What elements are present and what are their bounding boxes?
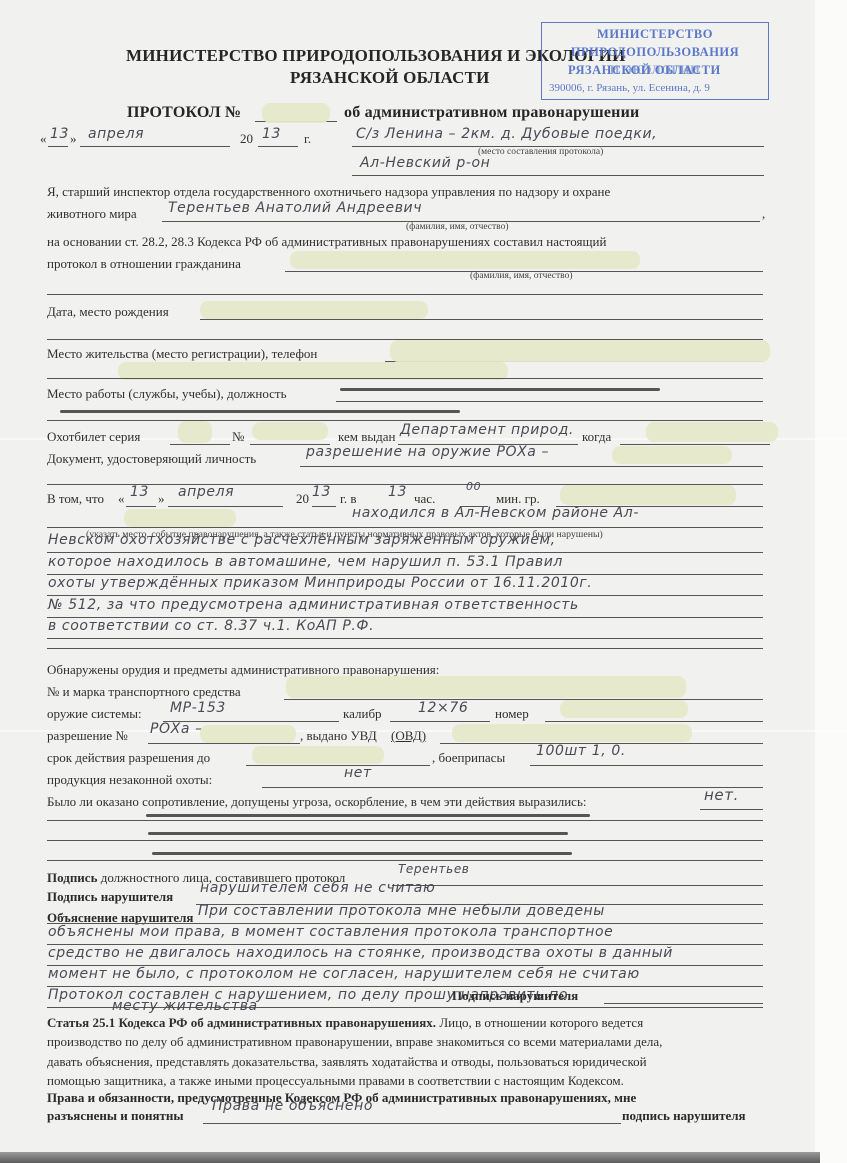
quote-close: » bbox=[70, 131, 77, 147]
quote-open: « bbox=[118, 491, 125, 507]
redacted-birth bbox=[200, 301, 428, 319]
rights-line2-prefix: разъяснены и понятны bbox=[47, 1108, 184, 1124]
violation-desc-line: которое находилось в автомашине, чем нар… bbox=[48, 554, 563, 570]
ammo-value: 100шт 1, 0. bbox=[536, 743, 626, 759]
weapon-number-label: номер bbox=[495, 706, 529, 722]
resistance-value: нет. bbox=[704, 786, 739, 804]
article-title: Статья 25.1 Кодекса РФ об административн… bbox=[47, 1015, 436, 1030]
violation-day: 13 bbox=[130, 484, 149, 500]
article-first-line: Статья 25.1 Кодекса РФ об административн… bbox=[47, 1013, 643, 1033]
id-doc-value: разрешение на оружие РОХа – bbox=[306, 444, 549, 460]
violator-signature-label: Подпись нарушителя bbox=[47, 889, 173, 905]
permit-label: разрешение № bbox=[47, 728, 128, 744]
protocol-year: 13 bbox=[262, 126, 281, 142]
redacted-residence bbox=[390, 340, 770, 362]
violation-desc-line: Невском охотхозяйстве с расчехлённым зар… bbox=[48, 532, 556, 548]
protocol-month: апреля bbox=[88, 126, 144, 142]
quote-close: » bbox=[158, 491, 165, 507]
residence-label: Место жительства (место регистрации), те… bbox=[47, 346, 317, 362]
officer-signature-label-bold: Подпись bbox=[47, 870, 97, 885]
inspector-name-caption: (фамилия, имя, отчество) bbox=[406, 222, 509, 232]
article-text-first: Лицо, в отношении которого ведется bbox=[439, 1015, 643, 1030]
caliber-value: 12×76 bbox=[418, 700, 468, 716]
strike-line bbox=[152, 852, 572, 855]
basis-line: на основании ст. 28.2, 28.3 Кодекса РФ о… bbox=[47, 234, 606, 250]
article-line: производство по делу об административном… bbox=[47, 1032, 662, 1052]
protocol-place-line1: С/з Ленина – 2км. д. Дубовые поедки, bbox=[356, 126, 657, 142]
issued-ovd: (ОВД) bbox=[391, 728, 426, 744]
vehicle-label: № и марка транспортного средства bbox=[47, 684, 241, 700]
redacted-citizen bbox=[560, 485, 736, 505]
comma: , bbox=[762, 206, 765, 222]
work-label: Место работы (службы, учебы), должность bbox=[47, 386, 287, 402]
violator-signature2-label: Подпись нарушителя bbox=[452, 988, 578, 1004]
redacted-series bbox=[178, 421, 212, 443]
redacted-issue-date bbox=[646, 422, 778, 442]
permit-value: РОХа – bbox=[150, 721, 203, 737]
violation-prefix: В том, что bbox=[47, 491, 104, 507]
stamp-region: РЯЗАНСКОЙ ОБЛАСТИ bbox=[568, 63, 721, 78]
validity-label: срок действия разрешения до bbox=[47, 750, 210, 766]
inspector-text-line1: Я, старший инспектор отдела государствен… bbox=[47, 184, 610, 200]
strike-line bbox=[340, 388, 660, 391]
year-prefix: 20 bbox=[296, 491, 309, 507]
ministry-title-line2: РЯЗАНСКОЙ ОБЛАСТИ bbox=[290, 68, 490, 88]
strike-line bbox=[148, 832, 568, 835]
stamp-line2: ПРИРОДОПОЛЬЗОВАНИЯ bbox=[542, 46, 768, 59]
citizen-caption: (фамилия, имя, отчество) bbox=[470, 271, 573, 281]
explanation-line: При составлении протокола мне небыли дов… bbox=[198, 903, 605, 919]
strike-line bbox=[60, 410, 460, 413]
when-label: когда bbox=[582, 429, 611, 445]
protocol-day: 13 bbox=[50, 126, 69, 142]
issued-label: , выдано УВД bbox=[300, 728, 377, 744]
protocol-place-line2: Ал-Невский р-он bbox=[360, 155, 490, 171]
scan-shadow bbox=[0, 1152, 820, 1163]
violation-desc-line: № 512, за что предусмотрена администрати… bbox=[48, 597, 579, 613]
explanation-last-line: месту жительства bbox=[112, 998, 258, 1014]
year-prefix: 20 bbox=[240, 131, 253, 147]
explanation-line: момент не было, с протоколом не согласен… bbox=[48, 966, 640, 982]
redacted-citizen-2 bbox=[124, 509, 236, 527]
protocol-title-prefix: ПРОТОКОЛ № bbox=[127, 104, 241, 122]
ammo-label: , боеприпасы bbox=[432, 750, 505, 766]
violation-desc-line: в соответствии со ст. 8.37 ч.1. КоАП Р.Ф… bbox=[48, 618, 374, 634]
violation-minute: 00 bbox=[466, 480, 481, 493]
inspector-text-line2: животного мира bbox=[47, 206, 137, 222]
citizen-prefix: протокол в отношении гражданина bbox=[47, 256, 241, 272]
rights-suffix: подпись нарушителя bbox=[622, 1108, 746, 1124]
protocol-document: МИНИСТЕРСТВО ПРИРОДОПОЛЬЗОВАНИЯ И ЭКОЛОГ… bbox=[0, 0, 847, 1163]
redacted-protocol-number bbox=[262, 103, 330, 123]
issued-by-value: Департамент природ. bbox=[400, 422, 574, 438]
explanation-line: средство не двигалось находилось на стоя… bbox=[48, 945, 673, 961]
strike-line bbox=[146, 814, 590, 817]
stamp-line1: МИНИСТЕРСТВО bbox=[542, 28, 768, 41]
officer-signature: Терентьев bbox=[398, 862, 469, 876]
violation-desc-line: охоты утверждённых приказом Минприроды Р… bbox=[48, 575, 592, 591]
redacted-issuing-office bbox=[452, 724, 692, 742]
resistance-label: Было ли оказано сопротивление, допущены … bbox=[47, 794, 587, 810]
birth-label: Дата, место рождения bbox=[47, 304, 169, 320]
protocol-title-suffix: об административном правонарушении bbox=[344, 104, 639, 122]
number-label: № bbox=[232, 429, 244, 445]
redacted-weapon-number bbox=[560, 700, 688, 718]
redacted-validity bbox=[252, 746, 384, 764]
violation-desc-line0: находился в Ал-Невском районе Ал- bbox=[352, 505, 639, 521]
hunt-ticket-label: Охотбилет серия bbox=[47, 429, 140, 445]
redacted-vehicle bbox=[286, 676, 686, 698]
violation-month: апреля bbox=[178, 484, 234, 500]
year-unit: г. bbox=[304, 131, 311, 147]
redacted-citizen-name bbox=[290, 251, 640, 269]
rights-value: Права не объяснено bbox=[212, 1098, 373, 1114]
violation-year: 13 bbox=[312, 484, 331, 500]
redacted-ticket-number bbox=[252, 422, 328, 440]
violation-hour: 13 bbox=[388, 484, 407, 500]
illegal-label: продукция незаконной охоты: bbox=[47, 772, 212, 788]
redacted-permit bbox=[200, 725, 296, 743]
explanation-line: объяснены мои права, в момент составлени… bbox=[48, 924, 613, 940]
paper-edge bbox=[815, 0, 847, 1163]
stamp-address: 390006, г. Рязань, ул. Есенина, д. 9 bbox=[549, 82, 710, 94]
place-caption: (место составления протокола) bbox=[478, 147, 603, 157]
weapon-label: оружие системы: bbox=[47, 706, 142, 722]
id-doc-label: Документ, удостоверяющий личность bbox=[47, 451, 256, 467]
redacted-permit-number bbox=[612, 446, 732, 464]
caliber-label: калибр bbox=[343, 706, 382, 722]
violator-signature-value: нарушителем себя не считаю bbox=[200, 880, 435, 896]
quote-open: « bbox=[40, 131, 47, 147]
inspector-name: Терентьев Анатолий Андреевич bbox=[168, 200, 422, 216]
illegal-value: нет bbox=[344, 765, 372, 781]
article-line: давать объяснения, представлять доказате… bbox=[47, 1052, 647, 1072]
weapon-value: МР-153 bbox=[170, 700, 226, 716]
issued-by-label: кем выдан bbox=[338, 429, 395, 445]
article-line: помощью защитника, а также иными процесс… bbox=[47, 1071, 624, 1091]
